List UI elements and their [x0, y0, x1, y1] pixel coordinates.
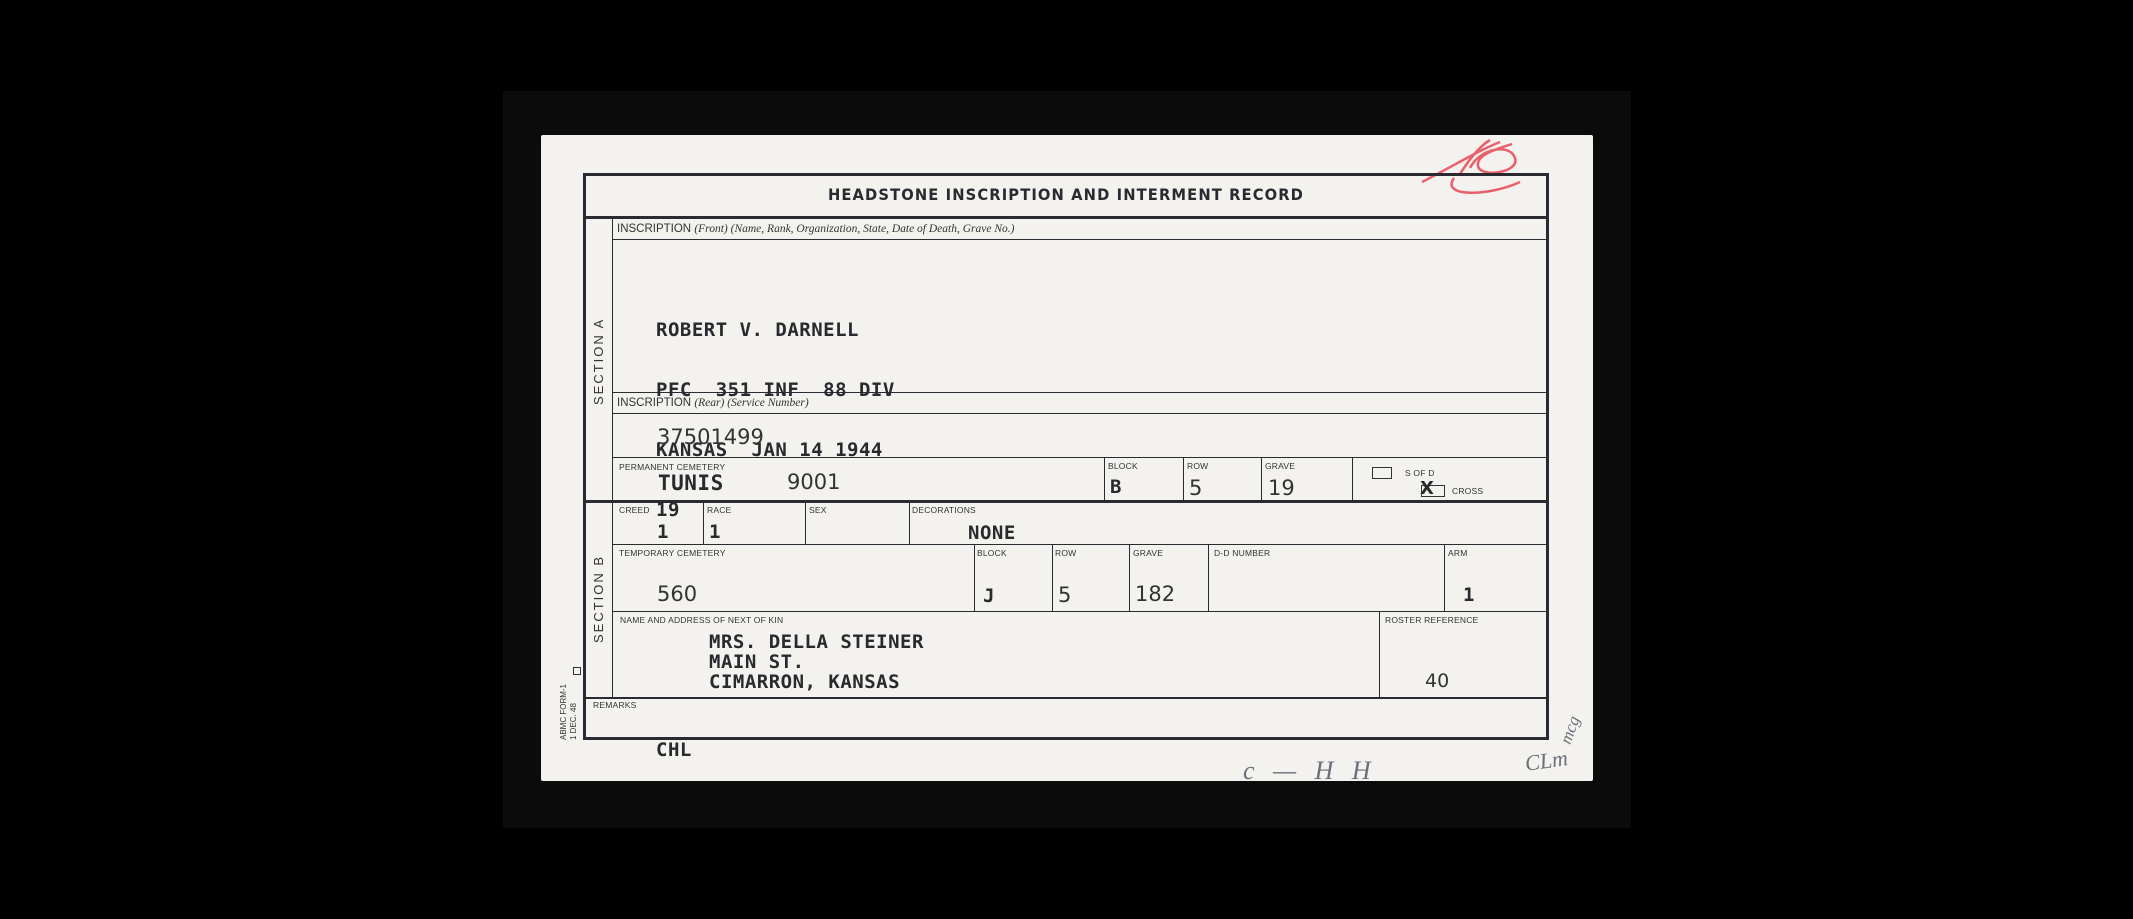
rule [703, 501, 704, 545]
next-of-kin-address: MRS. DELLA STEINER MAIN ST. CIMARRON, KA… [709, 632, 924, 692]
temporary-row-label: ROW [1055, 548, 1076, 558]
inscription-line: ROBERT V. DARNELL [656, 320, 895, 340]
rule [1129, 545, 1130, 612]
rule [1052, 545, 1053, 612]
dd-number-label: D-D NUMBER [1214, 548, 1270, 558]
inscription-rear-header-italic: (Rear) (Service Number) [694, 397, 808, 409]
rule [909, 501, 910, 545]
permanent-grave-label: GRAVE [1265, 461, 1295, 471]
rule [612, 239, 1549, 240]
inscription-rear-header-main: INSCRIPTION [617, 397, 691, 409]
permanent-cemetery-name: TUNIS [658, 473, 724, 493]
temporary-cemetery-label: TEMPORARY CEMETERY [619, 548, 726, 558]
race-label: RACE [707, 505, 731, 515]
remarks-label: REMARKS [593, 700, 636, 710]
inscription-front-text: ROBERT V. DARNELL PFC 351 INF 88 DIV KAN… [656, 280, 895, 540]
roster-reference-value: 40 [1425, 670, 1449, 692]
checked-x-icon: X [1420, 478, 1434, 499]
form-number-line2: 1 DEC. 48 [569, 684, 579, 740]
permanent-row: 5 [1189, 476, 1202, 500]
creed-value: 1 [657, 522, 669, 542]
form-number: ABMC FORM-1 1 DEC. 48 [559, 684, 579, 740]
sex-label: SEX [809, 505, 827, 515]
section-b-label: SECTION B [591, 555, 606, 643]
inscription-front-header-main: INSCRIPTION [617, 223, 691, 235]
rule [805, 501, 806, 545]
rule [1352, 458, 1353, 501]
decorations-label: DECORATIONS [912, 505, 976, 515]
rule [1208, 545, 1209, 612]
permanent-block-label: BLOCK [1108, 461, 1138, 471]
rule [1261, 458, 1262, 501]
rule [1379, 612, 1380, 698]
section-a-label: SECTION A [591, 318, 606, 405]
arm-value: 1 [1463, 585, 1475, 605]
inscription-front-header-italic: (Front) (Name, Rank, Organization, State… [694, 223, 1014, 235]
pencil-annotation-bottom: c — H H [1243, 756, 1377, 786]
temporary-block-label: BLOCK [977, 548, 1007, 558]
title-divider [583, 216, 1549, 219]
rule [1183, 458, 1184, 501]
arm-label: ARM [1448, 548, 1468, 558]
rule [1444, 545, 1445, 612]
permanent-cemetery-code: 9001 [787, 470, 840, 494]
inscription-rear-header: INSCRIPTION (Rear) (Service Number) [617, 397, 809, 409]
temporary-row: 5 [1058, 583, 1071, 607]
creed-label: CREED [619, 505, 650, 515]
rule [974, 545, 975, 612]
rule [612, 611, 1549, 612]
inscription-front-header: INSCRIPTION (Front) (Name, Rank, Organiz… [617, 223, 1014, 235]
inscription-line: 19 [656, 500, 895, 520]
permanent-block: B [1110, 477, 1122, 497]
s-of-d-checkbox[interactable] [1372, 467, 1392, 479]
service-number: 37501499 [657, 425, 764, 449]
permanent-grave: 19 [1268, 476, 1295, 500]
temporary-cemetery-value: 560 [657, 582, 697, 606]
section-column-divider [612, 217, 613, 698]
temporary-block: J [983, 586, 995, 606]
rule [612, 544, 1549, 545]
remarks-value: CHL [656, 740, 692, 760]
address-line: MRS. DELLA STEINER [709, 632, 924, 652]
remarks-divider [583, 697, 1549, 699]
form-number-line1: ABMC FORM-1 [559, 684, 569, 740]
s-of-d-label: S OF D [1405, 468, 1435, 478]
permanent-row-label: ROW [1187, 461, 1208, 471]
decorations-value: NONE [968, 523, 1016, 543]
temporary-grave: 182 [1135, 582, 1175, 606]
next-of-kin-label: NAME AND ADDRESS OF NEXT OF KIN [620, 615, 783, 625]
address-line: CIMARRON, KANSAS [709, 672, 924, 692]
cross-label: CROSS [1452, 486, 1483, 496]
form-number-checkbox [573, 667, 581, 675]
temporary-grave-label: GRAVE [1133, 548, 1163, 558]
address-line: MAIN ST. [709, 652, 924, 672]
race-value: 1 [709, 522, 721, 542]
rule [1104, 458, 1105, 501]
roster-reference-label: ROSTER REFERENCE [1385, 615, 1478, 625]
form-title: HEADSTONE INSCRIPTION AND INTERMENT RECO… [622, 185, 1511, 204]
